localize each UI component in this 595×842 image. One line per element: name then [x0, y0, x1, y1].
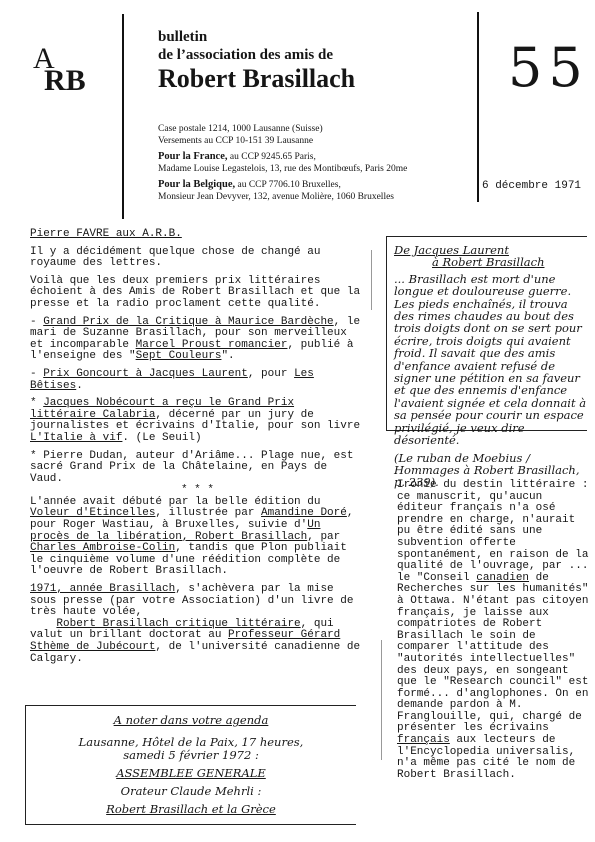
masthead-title: Robert Brasillach: [158, 64, 355, 94]
address-line: Monsieur Jean Devyver, 132, avenue Moliè…: [158, 191, 394, 203]
prize-item-dudan: * Pierre Dudan, auteur d'Ariâme... Plage…: [30, 451, 365, 486]
address-line: Versements au CCP 10-151 39 Lausanne: [158, 135, 313, 147]
side-article: Ironie du destin littéraire : ce manuscr…: [397, 480, 592, 781]
margin-mark: [371, 250, 372, 310]
header-divider-left: [122, 14, 124, 219]
issue-date: 6 décembre 1971: [482, 180, 581, 192]
prize-item-bardeche: - Grand Prix de la Critique à Maurice Ba…: [30, 317, 365, 363]
quote-body: ... Brasillach est mort d'une longue et …: [394, 273, 589, 447]
article-paragraph: L'année avait débuté par la belle éditio…: [30, 497, 365, 578]
agenda-title: A noter dans votre agenda: [26, 714, 356, 727]
prize-item-laurent: - Prix Goncourt à Jacques Laurent, pour …: [30, 369, 365, 392]
main-article: Pierre FAVRE aux A.R.B. Il y a décidémen…: [30, 229, 365, 671]
logo-letters-rb: RB: [44, 66, 86, 96]
margin-mark: [381, 640, 382, 760]
agenda-box: A noter dans votre agenda Lausanne, Hôte…: [25, 705, 356, 825]
agenda-speaker: Orateur Claude Mehrli :: [26, 785, 356, 798]
address-line: Madame Louise Legastelois, 13, rue des M…: [158, 163, 407, 175]
header-divider-right: [477, 12, 479, 202]
article-paragraph: Voilà que les deux premiers prix littéra…: [30, 276, 365, 311]
quote-heading-to: à Robert Brasillach: [394, 256, 589, 268]
agenda-topic: Robert Brasillach et la Grèce: [26, 803, 356, 816]
masthead-association: de l’association des amis de: [158, 46, 333, 64]
article-paragraph: 1971, année Brasillach, s'achèvera par l…: [30, 584, 365, 665]
quote-box: De Jacques Laurent à Robert Brasillach .…: [386, 236, 587, 431]
address-line: Case postale 1214, 1000 Lausanne (Suisse…: [158, 123, 323, 135]
issue-number: 55: [508, 38, 589, 98]
side-article-text: Ironie du destin littéraire : ce manuscr…: [397, 480, 592, 781]
prize-item-nobecourt: * Jacques Nobécourt a reçu le Grand Prix…: [30, 398, 365, 444]
article-intro: Il y a décidément quelque chose de chang…: [30, 247, 365, 270]
agenda-event: ASSEMBLEE GENERALE: [26, 767, 356, 780]
agenda-date: samedi 5 février 1972 :: [26, 749, 356, 762]
masthead-bulletin: bulletin: [158, 28, 207, 46]
address-line: Pour la Belgique, au CCP 7706.10 Bruxell…: [158, 179, 341, 191]
article-heading: Pierre FAVRE aux A.R.B.: [30, 229, 365, 241]
address-line: Pour la France, au CCP 9245.65 Paris,: [158, 151, 316, 163]
